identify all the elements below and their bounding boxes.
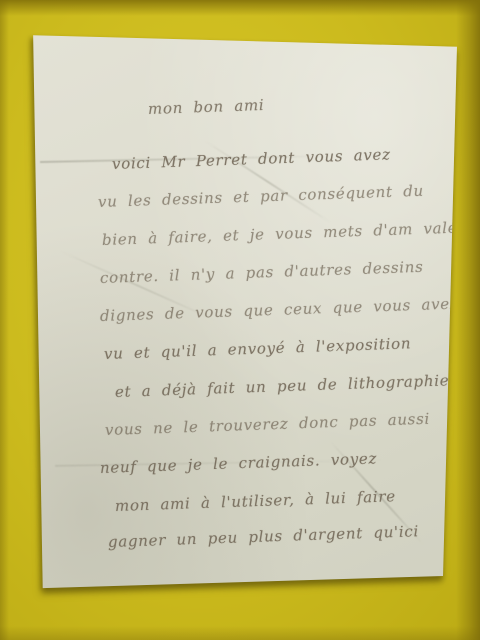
handwritten-line: dignes de vous que ceux que vous avez [100, 294, 459, 325]
handwritten-line: mon ami à l'utiliser, à lui faire [115, 487, 396, 515]
handwritten-line: vous ne le trouverez donc pas aussi [105, 410, 431, 439]
photo-background: mon bon ami voici Mr Perret dont vous av… [0, 0, 480, 640]
letter-paper: mon bon ami voici Mr Perret dont vous av… [0, 0, 480, 640]
letter-salutation: mon bon ami [148, 96, 265, 118]
handwritten-line: vu et qu'il a envoyé à l'exposition [104, 334, 412, 363]
handwritten-line: vu les dessins et par conséquent du [98, 182, 424, 211]
handwritten-line: bien à faire, et je vous mets d'am valé [102, 219, 458, 249]
handwritten-line: neuf que je le craignais. voyez [100, 449, 378, 477]
handwritten-line: contre. il n'y a pas d'autres dessins [100, 258, 424, 287]
paper-shadow: mon bon ami voici Mr Perret dont vous av… [0, 0, 480, 640]
handwritten-line: et a déjà fait un peu de lithographie [115, 371, 450, 401]
handwritten-line: gagner un peu plus d'argent qu'ici [108, 522, 420, 551]
handwritten-line: voici Mr Perret dont vous avez [112, 145, 391, 173]
